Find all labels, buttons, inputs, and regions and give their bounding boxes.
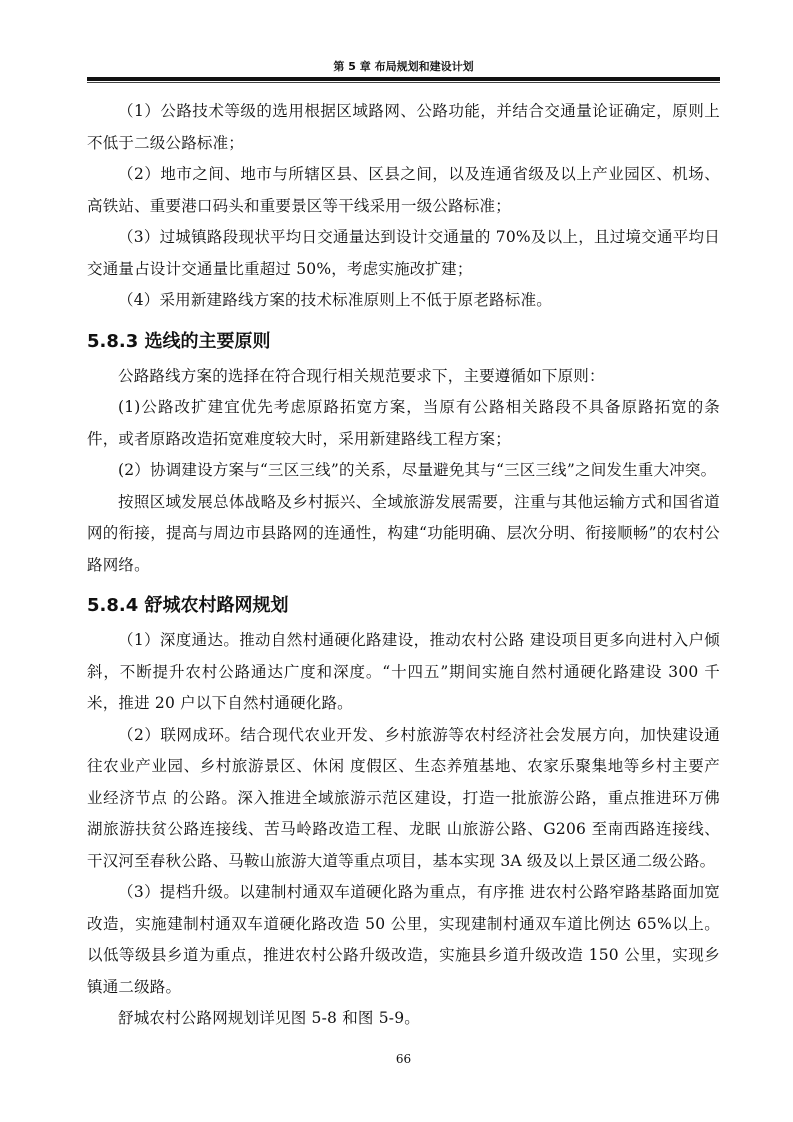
paragraph: （4）采用新建路线方案的技术标准原则上不低于原老路标准。 <box>87 285 720 317</box>
header-rule-thin <box>87 82 720 83</box>
paragraph: 按照区域发展总体战略及乡村振兴、全域旅游发展需要，注重与其他运输方式和国省道网的… <box>87 487 720 582</box>
paragraph: 公路路线方案的选择在符合现行相关规范要求下，主要遵循如下原则： <box>87 361 720 393</box>
page-body: （1）公路技术等级的选用根据区域路网、公路功能，并结合交通量论证确定，原则上不低… <box>87 96 720 1035</box>
section-5-8-3: 5.8.3 选线的主要原则 公路路线方案的选择在符合现行相关规范要求下，主要遵循… <box>87 327 720 582</box>
paragraph: （1）深度通达。推动自然村通硬化路建设，推动农村公路 建设项目更多向进村入户倾斜… <box>87 625 720 720</box>
section-heading: 5.8.4 舒城农村路网规划 <box>87 591 720 621</box>
section-5-8-4: 5.8.4 舒城农村路网规划 （1）深度通达。推动自然村通硬化路建设，推动农村公… <box>87 591 720 1035</box>
header-rule <box>87 77 720 83</box>
paragraph: （1）公路技术等级的选用根据区域路网、公路功能，并结合交通量论证确定，原则上不低… <box>87 96 720 159</box>
section-heading: 5.8.3 选线的主要原则 <box>87 327 720 357</box>
paragraph: （3）过城镇路段现状平均日交通量达到设计交通量的 70%及以上，且过境交通平均日… <box>87 222 720 285</box>
paragraph: 舒城农村公路网规划详见图 5-8 和图 5-9。 <box>87 1003 720 1035</box>
paragraph: （2）联网成环。结合现代农业开发、乡村旅游等农村经济社会发展方向，加快建设通往农… <box>87 720 720 878</box>
section-5-8-2-tail: （1）公路技术等级的选用根据区域路网、公路功能，并结合交通量论证确定，原则上不低… <box>87 96 720 317</box>
paragraph: （2）地市之间、地市与所辖区县、区县之间，以及连通省级及以上产业园区、机场、高铁… <box>87 159 720 222</box>
paragraph: (2）协调建设方案与“三区三线”的关系，尽量避免其与“三区三线”之间发生重大冲突… <box>87 455 720 487</box>
running-header: 第 5 章 布局规划和建设计划 <box>87 58 720 74</box>
paragraph: (1)公路改扩建宜优先考虑原路拓宽方案，当原有公路相关路段不具备原路拓宽的条件，… <box>87 392 720 455</box>
paragraph: （3）提档升级。以建制村通双车道硬化路为重点，有序推 进农村公路窄路基路面加宽改… <box>87 877 720 1003</box>
page-number: 66 <box>87 1052 720 1066</box>
